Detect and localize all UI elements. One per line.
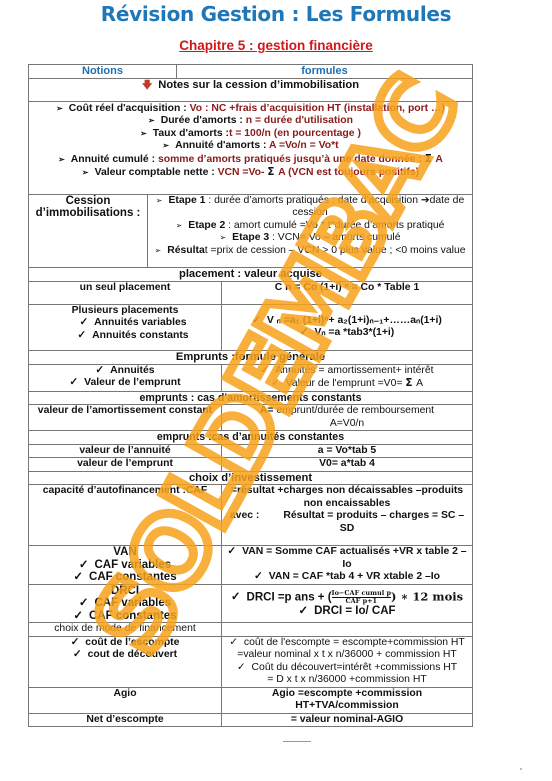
drci-row: DRCI ✓CAF variables ✓CAF constantes ✓DRC…: [29, 584, 473, 623]
arrowhead-bullet-icon: ➢: [140, 128, 147, 141]
section-placement: placement : valeur acquise: [29, 268, 473, 282]
check-icon: ✓: [73, 610, 83, 622]
check-icon: ✓: [79, 597, 89, 609]
check-icon: ✓: [73, 571, 83, 583]
notes-title-row: 🡇Notes sur la cession d’immobilisation: [29, 78, 473, 101]
formula-line: ✓Valeur de l'emprunt =V0= Σ A: [224, 377, 470, 391]
formula-table: Notions formules 🡇Notes sur la cession d…: [28, 64, 473, 727]
sigma-icon: Σ: [267, 166, 278, 178]
formula-line: ✓Annuités = amortissement+ intérêt: [224, 365, 470, 378]
annuite-row: valeur de l’annuité a = Vo*tab 5: [29, 444, 473, 458]
check-icon: ✓: [229, 637, 238, 648]
formula-cell: C n = Co (1+i) ⁿ = Co * Table 1: [222, 281, 473, 304]
sub-item: ✓Annuités constants: [31, 330, 219, 343]
section-investissement: choix d’investissement: [29, 471, 473, 485]
check-icon: ✓: [79, 559, 89, 571]
sub-item: ✓Annuités: [31, 365, 219, 378]
check-icon: ✓: [227, 546, 236, 557]
check-icon: ✓: [271, 378, 280, 389]
notion-cell: Net d’escompte: [29, 713, 222, 727]
notion-cell: capacité d’autofinancement :CAF: [29, 485, 222, 546]
notes-body-row: ➢Coût réel d'acquisition : Vo : NC +frai…: [29, 101, 473, 194]
amort-constant-row: valeur de l’amortissement constant A= em…: [29, 405, 473, 431]
escompte-row: ✓coût de l’escompte ✓cout de découvert ✓…: [29, 636, 473, 687]
section-row: emprunts : cas d’amortissements constant…: [29, 391, 473, 405]
notion-cell: valeur de l’amortissement constant: [29, 405, 222, 431]
sub-item: ✓CAF constantes: [31, 610, 219, 623]
page-dot: [520, 768, 522, 770]
sub-item: ✓CAF variables: [31, 559, 219, 572]
sub-item: ✓cout de découvert: [31, 649, 219, 662]
check-icon: ✓: [77, 330, 86, 341]
table-header-row: Notions formules: [29, 65, 473, 79]
cession-row: Cession d’immobilisations : ➢Etape 1 : d…: [29, 194, 473, 268]
section-row: Emprunts :formule générale: [29, 351, 473, 365]
arrow-down-icon: 🡇: [142, 80, 152, 91]
arrowhead-bullet-icon: ➢: [56, 103, 63, 116]
arrowhead-bullet-icon: ➢: [162, 140, 169, 153]
emprunt-row: valeur de l’emprunt V0= a*tab 4: [29, 458, 473, 472]
emprunts-general-row: ✓Annuités ✓Valeur de l’emprunt ✓Annuités…: [29, 364, 473, 391]
sub-item: ✓CAF constantes: [31, 571, 219, 584]
sigma-icon: Σ: [425, 153, 436, 165]
check-icon: ✓: [71, 637, 80, 648]
arrowhead-bullet-icon: ➢: [148, 115, 155, 128]
section-emprunts-general: Emprunts :formule générale: [29, 351, 473, 365]
placement-multiple-row: Plusieurs placements ✓Annuités variables…: [29, 304, 473, 351]
check-icon: ✓: [261, 365, 270, 376]
cession-step: ➢Etape 3 : VCN= Vo – amorts cumulé: [150, 232, 470, 245]
note-item: ➢Annuité d'amorts : A =Vo/n = Vo*t: [31, 140, 470, 153]
header-formules: formules: [177, 65, 473, 79]
formula-line: ✓Vₙ =a *tab3*(1+i): [224, 327, 470, 340]
notion-cell: choix de mode de financement: [29, 623, 222, 637]
arrowhead-bullet-icon: ➢: [58, 154, 65, 167]
check-icon: ✓: [298, 605, 308, 617]
notion-cell: Plusieurs placements: [31, 305, 219, 318]
formula-cell: = valeur nominal-AGIO: [222, 713, 473, 727]
agio-row: Agio Agio =escompte +commission HT+TVA/c…: [29, 687, 473, 713]
net-escompte-row: Net d’escompte = valeur nominal-AGIO: [29, 713, 473, 727]
van-row: VAN ✓CAF variables ✓CAF constantes ✓VAN …: [29, 546, 473, 585]
notion-cell: Agio: [29, 687, 222, 713]
check-icon: ✓: [254, 571, 263, 582]
check-icon: ✓: [231, 591, 241, 603]
placement-single-row: un seul placement C n = Co (1+i) ⁿ = Co …: [29, 281, 473, 304]
document-title: Révision Gestion : Les Formules: [0, 2, 552, 26]
notion-cell: valeur de l’annuité: [29, 444, 222, 458]
note-item: ➢Annuité cumulé : somme d’amorts pratiqu…: [31, 153, 470, 167]
header-notions: Notions: [29, 65, 177, 79]
section-amort-constants: emprunts : cas d’amortissements constant…: [29, 391, 473, 405]
formula-cell: a = Vo*tab 5: [222, 444, 473, 458]
check-icon: ✓: [79, 317, 88, 328]
arrowhead-bullet-icon: ➢: [82, 167, 89, 180]
formula-line: ✓V ₙ =a₁ (1+i)ⁿ+ a₂(1+i)ₙ₋₁+……aₙ(1+i): [224, 315, 470, 328]
check-icon: ✓: [300, 327, 309, 338]
sub-item: ✓Annuités variables: [31, 317, 219, 330]
cession-step: ➢Etape 2 : amort cumulé =Vo * t*durée d’…: [150, 220, 470, 233]
notion-cell: valeur de l’emprunt: [29, 458, 222, 472]
notion-cell: un seul placement: [29, 281, 222, 304]
caf-row: capacité d’autofinancement :CAF =résulta…: [29, 485, 473, 546]
sub-item: ✓coût de l’escompte: [31, 637, 219, 650]
section-row: placement : valeur acquise: [29, 268, 473, 282]
cession-step: ➢Etape 1 : durée d’amorts pratiqués : da…: [150, 195, 470, 220]
cession-notion: Cession d’immobilisations :: [29, 194, 148, 268]
chapter-heading: Chapitre 5 : gestion financière: [0, 38, 552, 53]
note-item: ➢Taux d'amorts :t = 100/n (en pourcentag…: [31, 128, 470, 141]
cession-step: ➢Résultat =prix de cession – VCN > 0 plu…: [150, 245, 470, 258]
fraction: Io−CAF cumul pCAF p+1: [332, 590, 391, 605]
note-item: ➢Coût réel d'acquisition : Vo : NC +frai…: [31, 103, 470, 116]
check-icon: ✓: [69, 377, 78, 388]
section-row: choix d’investissement: [29, 471, 473, 485]
sub-item: ✓Valeur de l’emprunt: [31, 377, 219, 390]
notes-title: Notes sur la cession d’immobilisation: [158, 79, 359, 91]
section-row: emprunts :cas d’annuités constantes: [29, 431, 473, 445]
check-icon: ✓: [237, 662, 246, 673]
check-icon: ✓: [73, 649, 82, 660]
check-icon: ✓: [95, 365, 104, 376]
sub-item: ✓CAF variables: [31, 597, 219, 610]
section-annuites-constantes: emprunts :cas d’annuités constantes: [29, 431, 473, 445]
check-icon: ✓: [252, 315, 261, 326]
sigma-icon: Σ: [405, 377, 416, 389]
financement-row: choix de mode de financement: [29, 623, 473, 637]
note-item: ➢Valeur comptable nette : VCN =Vo- Σ A (…: [31, 166, 470, 180]
footer-divider: [283, 741, 311, 742]
formula-cell: V0= a*tab 4: [222, 458, 473, 472]
formula-cell: Agio =escompte +commission HT+TVA/commis…: [222, 687, 473, 713]
note-item: ➢Durée d'amorts : n = durée d'utilisatio…: [31, 115, 470, 128]
